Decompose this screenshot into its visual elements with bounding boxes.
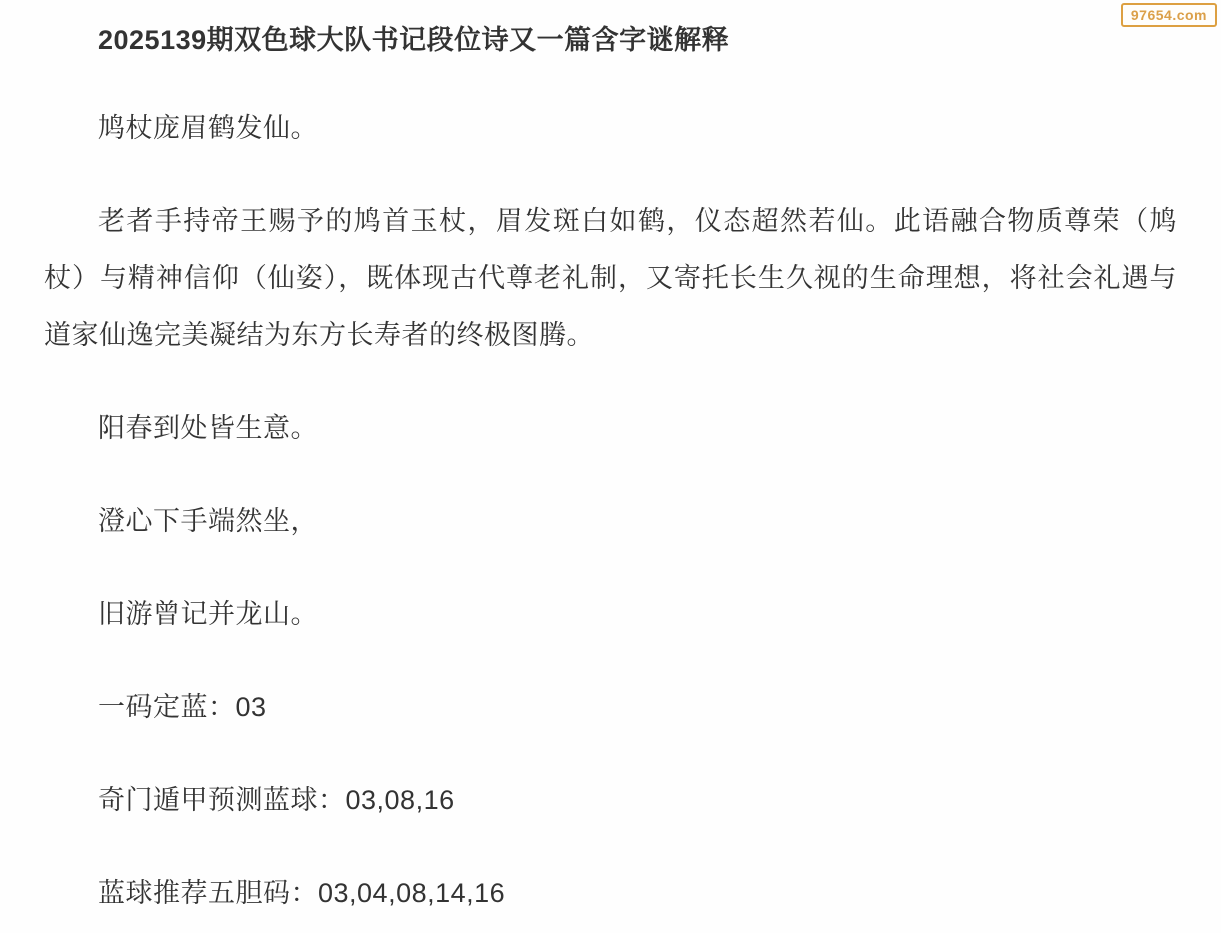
poem-line-1: 鸠杖庞眉鹤发仙。	[44, 100, 1177, 157]
poem-line-4: 旧游曾记并龙山。	[44, 586, 1177, 643]
blue-five-dan-codes-line: 蓝球推荐五胆码：03,04,08,14,16	[44, 865, 1177, 922]
single-blue-pick-line: 一码定蓝：03	[44, 679, 1177, 736]
qimen-blue-prediction-line: 奇门遁甲预测蓝球：03,08,16	[44, 772, 1177, 829]
article-title: 2025139期双色球大队书记段位诗又一篇含字谜解释	[44, 14, 1177, 66]
article-content: 2025139期双色球大队书记段位诗又一篇含字谜解释 鸠杖庞眉鹤发仙。 老者手持…	[0, 0, 1221, 922]
poem-explanation-paragraph: 老者手持帝王赐予的鸠首玉杖，眉发斑白如鹤，仪态超然若仙。此语融合物质尊荣（鸠杖）…	[44, 193, 1177, 364]
site-watermark-badge: 97654.com	[1121, 3, 1217, 27]
poem-line-2: 阳春到处皆生意。	[44, 400, 1177, 457]
poem-line-3: 澄心下手端然坐，	[44, 493, 1177, 550]
